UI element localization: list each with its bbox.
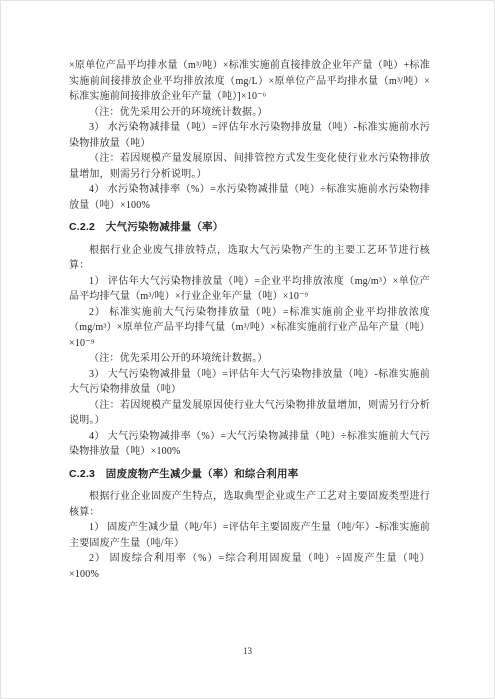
note-line: （注：若因规模产量发展原因、间排管控方式发生变化使行业水污染物排放量增加，则需另… (69, 151, 430, 182)
list-item: 4） 大气污染物减排率（%）=大气污染物减排量（吨）÷标准实施前大气污染物排放量… (69, 429, 430, 460)
list-item: 3） 水污染物减排量（吨）=评估年水污染物排放量（吨）-标准实施前水污染物排放量… (69, 120, 430, 151)
list-item: 4） 水污染物减排率（%）=水污染物减排量（吨）÷标准实施前水污染物排放量（吨）… (69, 182, 430, 213)
page-content: ×原单位产品平均排水量（m³/吨）×标准实施前直接排放企业年产量（吨）+标准实施… (69, 58, 430, 582)
list-item: 2） 标准实施前大气污染物排放量（吨）=标准实施前企业平均排放浓度（mg/m³）… (69, 305, 430, 352)
note-line: （注：优先采用公开的环境统计数据。） (69, 105, 430, 121)
section-heading-c23: C.2.3 固废废物产生减少量（率）和综合利用率 (69, 467, 430, 483)
document-page: ×原单位产品平均排水量（m³/吨）×标准实施前直接排放企业年产量（吨）+标准实施… (0, 0, 495, 699)
note-line: （注：优先采用公开的环境统计数据。） (69, 351, 430, 367)
body-paragraph: 根据行业企业废气排放特点，选取大气污染物产生的主要工艺环节进行核算： (69, 243, 430, 274)
list-item: 3） 大气污染物减排量（吨）=评估年大气污染物排放量（吨）-标准实施前大气污染物… (69, 367, 430, 398)
body-paragraph: 根据行业企业固废产生特点，选取典型企业或生产工艺对主要固废类型进行核算： (69, 489, 430, 520)
section-heading-c22: C.2.2 大气污染物减排量（率） (69, 220, 430, 236)
list-item: 2） 固废综合利用率（%）=综合利用固废量（吨）÷固废产生量（吨）×100% (69, 551, 430, 582)
list-item: 1） 评估年大气污染物排放量（吨）=企业平均排放浓度（mg/m³）×单位产品平均… (69, 274, 430, 305)
list-item: 1） 固废产生减少量（吨/年）=评估年主要固废产生量（吨/年）-标准实施前主要固… (69, 520, 430, 551)
note-line: （注：若因规模产量发展原因使行业大气污染物排放量增加，则需另行分析说明。） (69, 398, 430, 429)
page-number: 13 (1, 646, 494, 656)
formula-continuation-line: ×原单位产品平均排水量（m³/吨）×标准实施前直接排放企业年产量（吨）+标准实施… (69, 58, 430, 105)
